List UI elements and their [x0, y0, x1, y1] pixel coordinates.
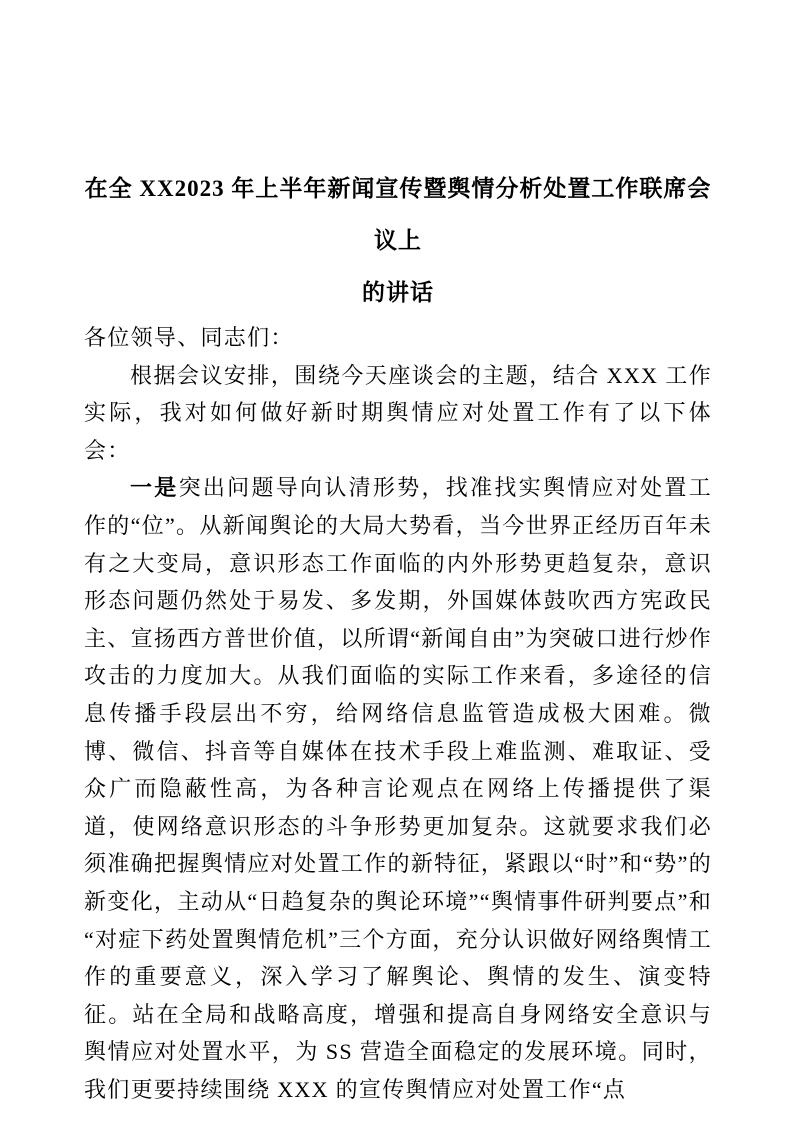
salutation: 各位领导、同志们：	[84, 319, 712, 357]
paragraph-point-one-lead: 一是	[130, 475, 179, 500]
document-title: 在全 XX2023 年上半年新闻宣传暨舆情分析处置工作联席会议上 的讲话	[84, 163, 712, 319]
document-page: 在全 XX2023 年上半年新闻宣传暨舆情分析处置工作联席会议上 的讲话 各位领…	[0, 0, 793, 1122]
paragraph-intro: 根据会议安排，围绕今天座谈会的主题，结合 XXX 工作实际，我对如何做好新时期舆…	[84, 357, 712, 470]
document-body: 各位领导、同志们： 根据会议安排，围绕今天座谈会的主题，结合 XXX 工作实际，…	[84, 319, 712, 1108]
title-line-1: 在全 XX2023 年上半年新闻宣传暨舆情分析处置工作联席会议上	[84, 163, 712, 267]
paragraph-point-one-text: 突出问题导向认清形势，找准找实舆情应对处置工作的“位”。从新闻舆论的大局大势看，…	[84, 475, 712, 1102]
title-line-2: 的讲话	[84, 267, 712, 319]
paragraph-point-one: 一是突出问题导向认清形势，找准找实舆情应对处置工作的“位”。从新闻舆论的大局大势…	[84, 469, 712, 1108]
paragraph-intro-text: 根据会议安排，围绕今天座谈会的主题，结合 XXX 工作实际，我对如何做好新时期舆…	[84, 363, 712, 463]
